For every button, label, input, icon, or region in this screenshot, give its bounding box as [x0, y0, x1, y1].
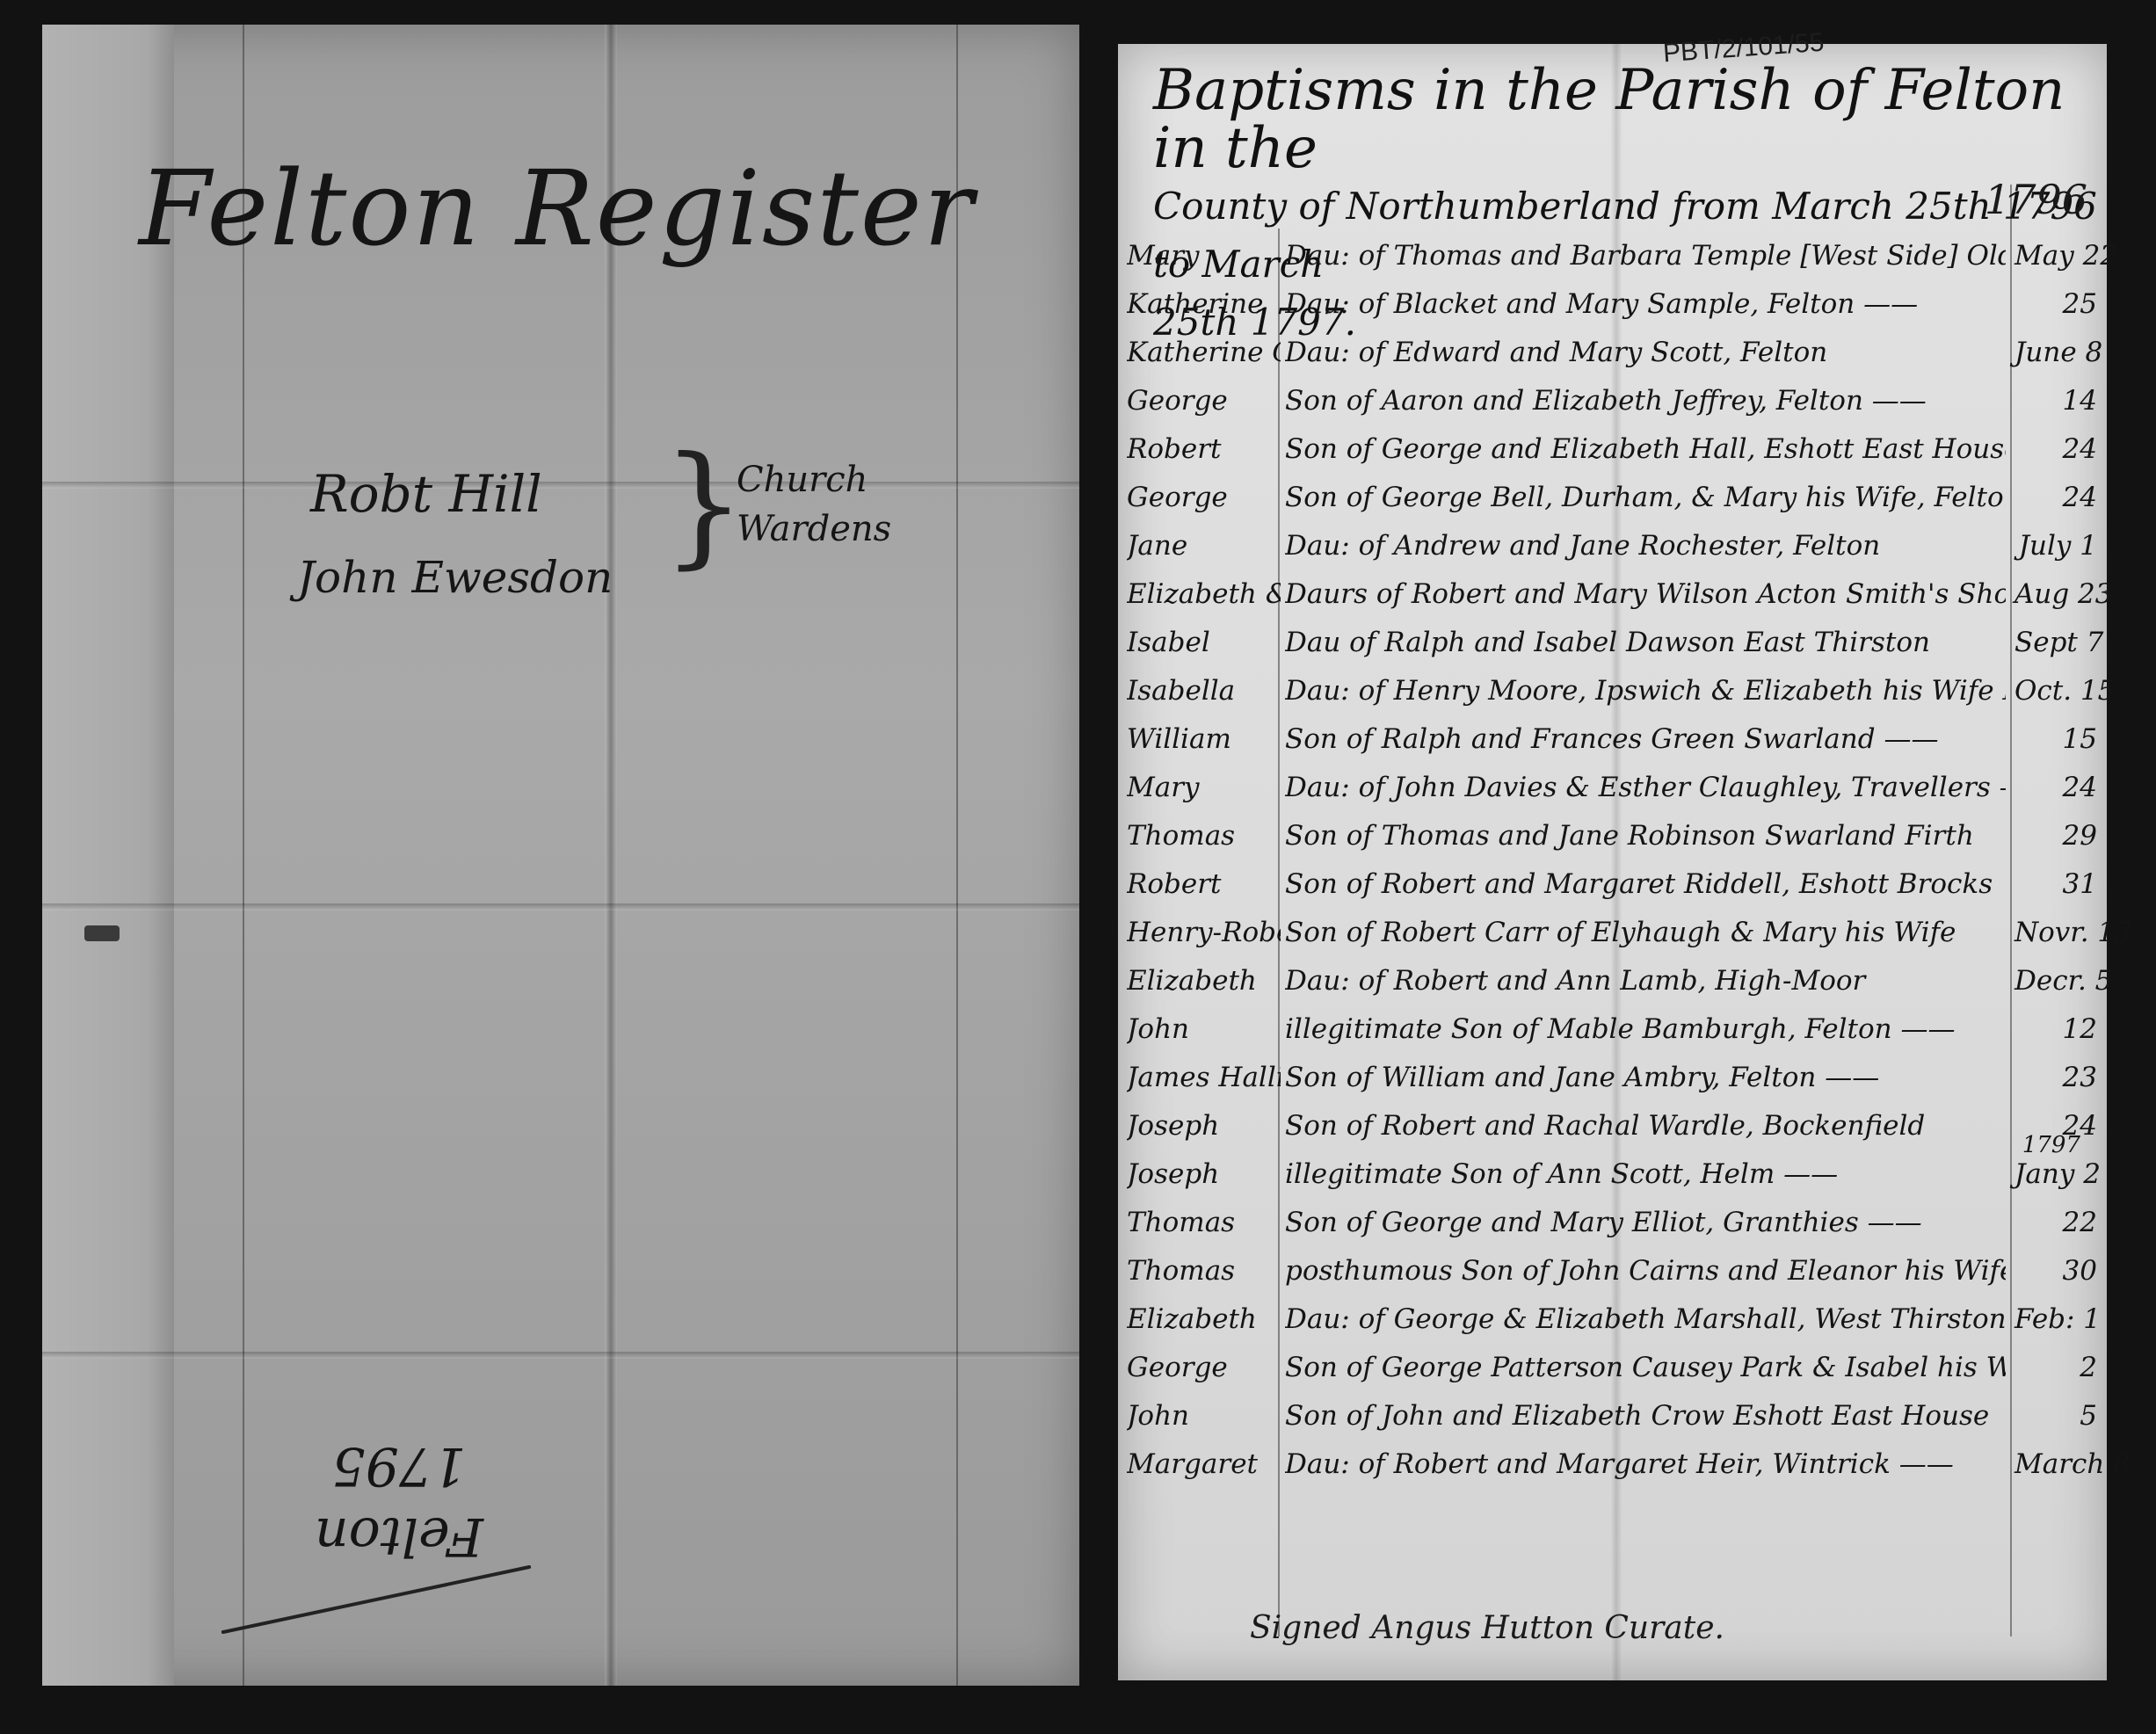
- baptism-entry: JaneDau: of Andrew and Jane Rochester, F…: [1118, 523, 2107, 571]
- binding-tab: [84, 925, 120, 941]
- register-title: Felton Register: [139, 148, 975, 269]
- baptism-date: 14: [2014, 385, 2102, 417]
- baptism-entry: JosephSon of Robert and Rachal Wardle, B…: [1118, 1103, 2107, 1151]
- baptism-register-page: PBT/2/101/55 Baptisms in the Parish of F…: [1118, 44, 2107, 1680]
- child-name: William: [1127, 723, 1281, 755]
- child-name: Katherine: [1127, 288, 1281, 320]
- baptism-date: 29: [2014, 820, 2102, 852]
- baptism-date: 30: [2014, 1255, 2102, 1287]
- baptism-entry: ThomasSon of Thomas and Jane Robinson Sw…: [1118, 813, 2107, 861]
- parentage-residence: Son of George Bell, Durham, & Mary his W…: [1285, 482, 2006, 513]
- curate-signature: Signed Angus Hutton Curate.: [1250, 1610, 1724, 1646]
- ruled-margin-line: [956, 25, 958, 1686]
- child-name: Robert: [1127, 433, 1281, 465]
- parentage-residence: Dau: of John Davies & Esther Claughley, …: [1285, 772, 2006, 803]
- baptism-date: 23: [2014, 1062, 2102, 1093]
- baptism-date: 12: [2014, 1013, 2102, 1045]
- baptism-entries: MaryDau: of Thomas and Barbara Temple [W…: [1118, 233, 2107, 1490]
- endorsement-year: 1795: [315, 1431, 483, 1501]
- endorsement-place: Felton: [315, 1501, 483, 1571]
- child-name: Thomas: [1127, 1207, 1281, 1238]
- parentage-residence: Son of George Patterson Causey Park & Is…: [1285, 1352, 2006, 1383]
- baptism-entry: Elizabeth & SarahDaurs of Robert and Mar…: [1118, 571, 2107, 620]
- baptism-date: 31: [2014, 868, 2102, 900]
- parentage-residence: Son of George and Elizabeth Hall, Eshott…: [1285, 433, 2006, 465]
- child-name: Joseph: [1127, 1158, 1281, 1190]
- church-warden-signature: John Ewesdon: [297, 552, 613, 603]
- paper-fold-horizontal: [42, 1352, 1079, 1359]
- child-name: James Halliwell: [1127, 1062, 1281, 1093]
- baptism-entry: GeorgeSon of George Bell, Durham, & Mary…: [1118, 475, 2107, 523]
- parentage-residence: Dau: of Henry Moore, Ipswich & Elizabeth…: [1285, 675, 2006, 707]
- heading-line-1: Baptisms in the Parish of Felton in the: [1153, 62, 2102, 178]
- child-name: Margaret: [1127, 1448, 1281, 1480]
- baptism-entry: KatherineDau: of Blacket and Mary Sample…: [1118, 281, 2107, 330]
- baptism-date: May 22: [2014, 240, 2102, 272]
- baptism-entry: GeorgeSon of George Patterson Causey Par…: [1118, 1345, 2107, 1393]
- baptism-date: Feb: 1: [2014, 1303, 2102, 1335]
- year-header: 1796: [1985, 176, 2087, 223]
- baptism-date: Oct. 15: [2014, 675, 2102, 707]
- parentage-residence: illegitimate Son of Ann Scott, Helm ——: [1285, 1158, 2006, 1190]
- parentage-residence: Son of Robert Carr of Elyhaugh & Mary hi…: [1285, 917, 2006, 948]
- baptism-entry: ElizabethDau: of George & Elizabeth Mars…: [1118, 1296, 2107, 1345]
- baptism-date: June 8: [2014, 337, 2102, 368]
- baptism-date: 24: [2014, 482, 2102, 513]
- baptism-entry: IsabelDau of Ralph and Isabel Dawson Eas…: [1118, 620, 2107, 668]
- parentage-residence: Son of William and Jane Ambry, Felton ——: [1285, 1062, 2006, 1093]
- child-name: Thomas: [1127, 820, 1281, 852]
- child-name: John: [1127, 1400, 1281, 1432]
- parentage-residence: Daurs of Robert and Mary Wilson Acton Sm…: [1285, 578, 2006, 610]
- child-name: Mary: [1127, 240, 1281, 272]
- parentage-residence: Dau: of George & Elizabeth Marshall, Wes…: [1285, 1303, 2006, 1335]
- child-name: John: [1127, 1013, 1281, 1045]
- baptism-date: 24: [2014, 433, 2102, 465]
- parentage-residence: Son of Thomas and Jane Robinson Swarland…: [1285, 820, 2006, 852]
- parentage-residence: Son of Ralph and Frances Green Swarland …: [1285, 723, 2006, 755]
- child-name: Isabella: [1127, 675, 1281, 707]
- child-name: George: [1127, 482, 1281, 513]
- pen-flourish: [221, 1565, 532, 1635]
- child-name: Elizabeth: [1127, 1303, 1281, 1335]
- baptism-date: Sept 7: [2014, 627, 2102, 658]
- parentage-residence: Son of Robert and Rachal Wardle, Bockenf…: [1285, 1110, 2006, 1142]
- child-name: Elizabeth & Sarah: [1127, 578, 1281, 610]
- baptism-entry: Henry-RobertSon of Robert Carr of Elyhau…: [1118, 910, 2107, 958]
- baptism-entry: WilliamSon of Ralph and Frances Green Sw…: [1118, 716, 2107, 765]
- baptism-date: March 8: [2014, 1448, 2102, 1480]
- baptism-entry: Katherine GillDau: of Edward and Mary Sc…: [1118, 330, 2107, 378]
- baptism-entry: MaryDau: of John Davies & Esther Claughl…: [1118, 765, 2107, 813]
- baptism-date: Jany 2: [2014, 1158, 2102, 1190]
- child-name: George: [1127, 385, 1281, 417]
- baptism-entry: MaryDau: of Thomas and Barbara Temple [W…: [1118, 233, 2107, 281]
- year-marker: 1797: [2022, 1132, 2080, 1158]
- baptism-entry: James HalliwellSon of William and Jane A…: [1118, 1055, 2107, 1103]
- child-name: Katherine Gill: [1127, 337, 1281, 368]
- baptism-date: 22: [2014, 1207, 2102, 1238]
- church-warden-signature: Robt Hill: [310, 464, 542, 524]
- baptism-entry: RobertSon of Robert and Margaret Riddell…: [1118, 861, 2107, 910]
- parentage-residence: Dau: of Robert and Ann Lamb, High-Moor: [1285, 965, 2006, 997]
- parentage-residence: Dau of Ralph and Isabel Dawson East Thir…: [1285, 627, 2006, 658]
- child-name: Elizabeth: [1127, 965, 1281, 997]
- baptism-date: Novr. 13: [2014, 917, 2102, 948]
- paper-fold-horizontal: [42, 482, 1079, 489]
- folded-flap: [42, 25, 174, 1686]
- parentage-residence: Dau: of Thomas and Barbara Temple [West …: [1285, 240, 2006, 272]
- baptism-entry: ThomasSon of George and Mary Elliot, Gra…: [1118, 1200, 2107, 1248]
- child-name: Henry-Robert: [1127, 917, 1281, 948]
- baptism-entry: GeorgeSon of Aaron and Elizabeth Jeffrey…: [1118, 378, 2107, 426]
- baptism-entry: IsabellaDau: of Henry Moore, Ipswich & E…: [1118, 668, 2107, 716]
- baptism-entry: 1797 Josephillegitimate Son of Ann Scott…: [1118, 1151, 2107, 1200]
- baptism-date: Aug 23: [2014, 578, 2102, 610]
- parentage-residence: Son of George and Mary Elliot, Granthies…: [1285, 1207, 2006, 1238]
- baptism-date: 15: [2014, 723, 2102, 755]
- register-cover-page: Felton Register Robt Hill John Ewesdon }…: [42, 25, 1079, 1686]
- baptism-date: 25: [2014, 288, 2102, 320]
- baptism-entry: JohnSon of John and Elizabeth Crow Eshot…: [1118, 1393, 2107, 1441]
- child-name: Isabel: [1127, 627, 1281, 658]
- baptism-date: 5: [2014, 1400, 2102, 1432]
- parentage-residence: posthumous Son of John Cairns and Eleano…: [1285, 1255, 2006, 1287]
- parentage-residence: Son of Robert and Margaret Riddell, Esho…: [1285, 868, 2006, 900]
- baptism-date: Decr. 5: [2014, 965, 2102, 997]
- baptism-entry: ElizabethDau: of Robert and Ann Lamb, Hi…: [1118, 958, 2107, 1006]
- parentage-residence: Son of Aaron and Elizabeth Jeffrey, Felt…: [1285, 385, 2006, 417]
- child-name: George: [1127, 1352, 1281, 1383]
- paper-fold-horizontal: [42, 903, 1079, 911]
- child-name: Jane: [1127, 530, 1281, 562]
- child-name: Joseph: [1127, 1110, 1281, 1142]
- baptism-date: 24: [2014, 772, 2102, 803]
- paper-fold-vertical: [605, 25, 617, 1686]
- parentage-residence: Dau: of Andrew and Jane Rochester, Felto…: [1285, 530, 2006, 562]
- church-wardens-label: Church Wardens: [737, 455, 895, 554]
- child-name: Mary: [1127, 772, 1281, 803]
- baptism-entry: RobertSon of George and Elizabeth Hall, …: [1118, 426, 2107, 475]
- parentage-residence: Dau: of Robert and Margaret Heir, Wintri…: [1285, 1448, 2006, 1480]
- baptism-entry: MargaretDau: of Robert and Margaret Heir…: [1118, 1441, 2107, 1490]
- baptism-entry: Johnillegitimate Son of Mable Bamburgh, …: [1118, 1006, 2107, 1055]
- parentage-residence: Dau: of Blacket and Mary Sample, Felton …: [1285, 288, 2006, 320]
- parentage-residence: Son of John and Elizabeth Crow Eshott Ea…: [1285, 1400, 2006, 1432]
- child-name: Thomas: [1127, 1255, 1281, 1287]
- parentage-residence: Dau: of Edward and Mary Scott, Felton: [1285, 337, 2006, 368]
- baptism-date: 2: [2014, 1352, 2102, 1383]
- baptism-entry: Thomasposthumous Son of John Cairns and …: [1118, 1248, 2107, 1296]
- child-name: Robert: [1127, 868, 1281, 900]
- parentage-residence: illegitimate Son of Mable Bamburgh, Felt…: [1285, 1013, 2006, 1045]
- upside-down-endorsement: Felton 1795: [315, 1431, 483, 1571]
- baptism-date: July 1: [2014, 530, 2102, 562]
- brace-bracket: }: [662, 429, 745, 582]
- ruled-margin-line: [243, 25, 244, 1686]
